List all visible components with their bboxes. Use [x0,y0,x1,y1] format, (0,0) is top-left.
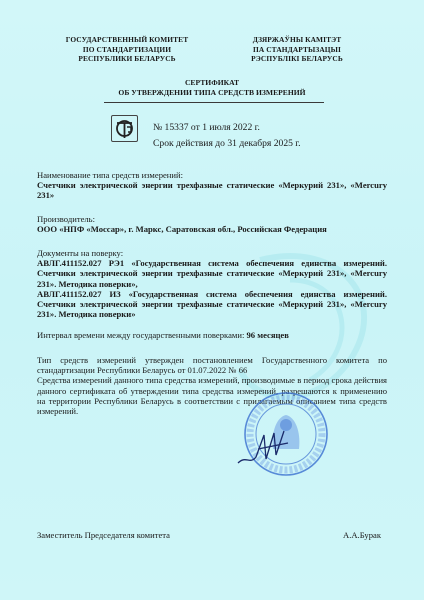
title-line-1: СЕРТИФИКАТ [0,78,424,88]
documents-section: Документы на поверку: АВЛГ.411152.027 РЭ… [37,248,387,319]
instrument-section: Наименование типа средств измерений: Сче… [37,170,387,201]
approval-section: Тип средств измерений утвержден постанов… [37,355,387,416]
manufacturer-label: Производитель: [37,214,387,224]
signatory-name: А.А.Бурак [343,530,381,540]
interval-label: Интервал времени между государственными … [37,330,246,340]
manufacturer-value: ООО «НПФ «Моссар», г. Маркс, Саратовская… [37,224,387,234]
header-left-line: ПО СТАНДАРТИЗАЦИИ [62,45,192,55]
document-item: АВЛГ.411152.027 РЭ1 «Государственная сис… [37,258,387,289]
header-left-line: ГОСУДАРСТВЕННЫЙ КОМИТЕТ [62,35,192,45]
instrument-label: Наименование типа средств измерений: [37,170,387,180]
header-right-line: РЭСПУБЛІКІ БЕЛАРУСЬ [242,54,352,64]
certificate-page: ГОСУДАРСТВЕННЫЙ КОМИТЕТ ПО СТАНДАРТИЗАЦИ… [0,0,424,600]
signature-icon [236,425,306,470]
certificate-validity: Срок действия до 31 декабря 2025 г. [153,138,301,150]
documents-label: Документы на поверку: [37,248,387,258]
manufacturer-section: Производитель: ООО «НПФ «Моссар», г. Мар… [37,214,387,234]
title-line-2: ОБ УТВЕРЖДЕНИИ ТИПА СРЕДСТВ ИЗМЕРЕНИЙ [0,88,424,98]
approval-paragraph-2: Средства измерений данного типа средства… [37,375,387,416]
header-right-line: ДЗЯРЖАЎНЫ КАМІТЭТ [242,35,352,45]
interval-value: 96 месяцев [246,330,288,340]
document-title: СЕРТИФИКАТ ОБ УТВЕРЖДЕНИИ ТИПА СРЕДСТВ И… [0,78,424,98]
approval-paragraph-1: Тип средств измерений утвержден постанов… [37,355,387,375]
header-left-ru: ГОСУДАРСТВЕННЫЙ КОМИТЕТ ПО СТАНДАРТИЗАЦИ… [62,35,192,64]
title-divider [104,102,324,103]
instrument-value: Счетчики электрической энергии трехфазны… [37,180,387,200]
header-left-line: РЕСПУБЛИКИ БЕЛАРУСЬ [62,54,192,64]
document-item: АВЛГ.411152.027 ИЗ «Государственная сист… [37,289,387,320]
header-right-be: ДЗЯРЖАЎНЫ КАМІТЭТ ПА СТАНДАРТЫЗАЦЫІ РЭСП… [242,35,352,64]
signatory-position: Заместитель Председателя комитета [37,530,170,540]
header-right-line: ПА СТАНДАРТЫЗАЦЫІ [242,45,352,55]
gost-belarus-logo-icon [111,115,138,142]
certificate-number: № 15337 от 1 июля 2022 г. [153,122,260,134]
interval-section: Интервал времени между государственными … [37,330,387,340]
